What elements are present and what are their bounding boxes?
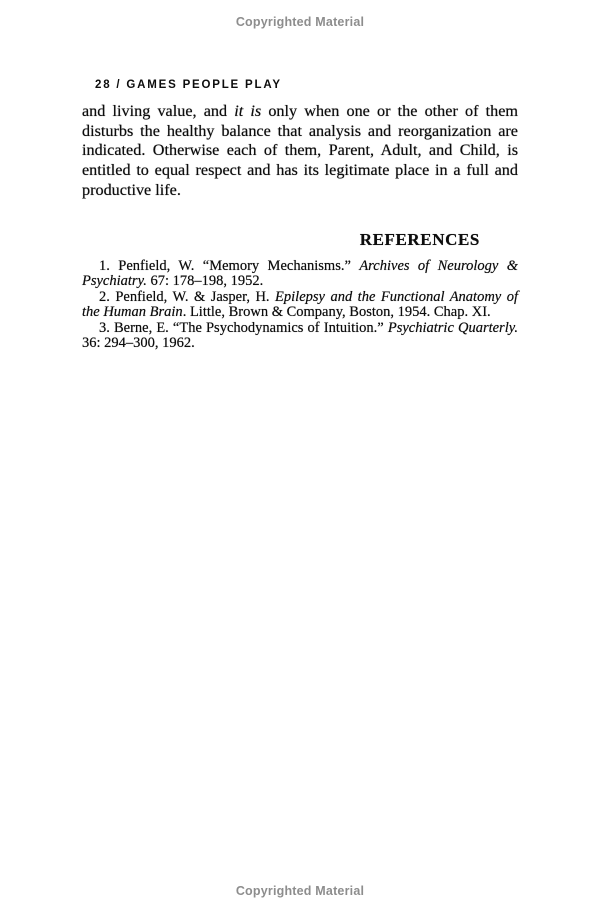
paragraph-segment: and living value, and <box>82 102 234 120</box>
book-page: Copyrighted Material 28/GAMES PEOPLE PLA… <box>0 0 600 920</box>
reference-list: 1. Penfield, W. “Memory Mechanisms.” Arc… <box>82 259 518 351</box>
reference-item-3: 3. Berne, E. “The Psychodynamics of Intu… <box>82 321 518 352</box>
reference-segment: 1. Penfield, W. “Memory Mechanisms.” <box>99 258 359 274</box>
page-number: 28 <box>95 79 111 91</box>
reference-title-italic: Psychiatric Quarterly. <box>388 320 518 336</box>
reference-item-2: 2. Penfield, W. & Jasper, H. Epilepsy an… <box>82 290 518 321</box>
reference-segment: . Little, Brown & Company, Boston, 1954.… <box>183 304 491 320</box>
paragraph-segment-italic: it is <box>234 102 261 120</box>
references-heading: REFERENCES <box>82 230 518 250</box>
reference-item-1: 1. Penfield, W. “Memory Mechanisms.” Arc… <box>82 259 518 290</box>
header-separator: / <box>116 79 121 91</box>
copyright-notice-bottom: Copyrighted Material <box>0 884 600 898</box>
reference-segment: 3. Berne, E. “The Psychodynamics of Intu… <box>99 320 388 336</box>
reference-segment: 2. Penfield, W. & Jasper, H. <box>99 289 275 305</box>
body-paragraph: and living value, and it is only when on… <box>82 102 518 201</box>
reference-segment: 67: 178–198, 1952. <box>147 273 263 289</box>
reference-segment: 36: 294–300, 1962. <box>82 335 195 351</box>
book-title: GAMES PEOPLE PLAY <box>126 79 281 91</box>
running-header: 28/GAMES PEOPLE PLAY <box>95 79 282 91</box>
copyright-notice-top: Copyrighted Material <box>0 15 600 29</box>
